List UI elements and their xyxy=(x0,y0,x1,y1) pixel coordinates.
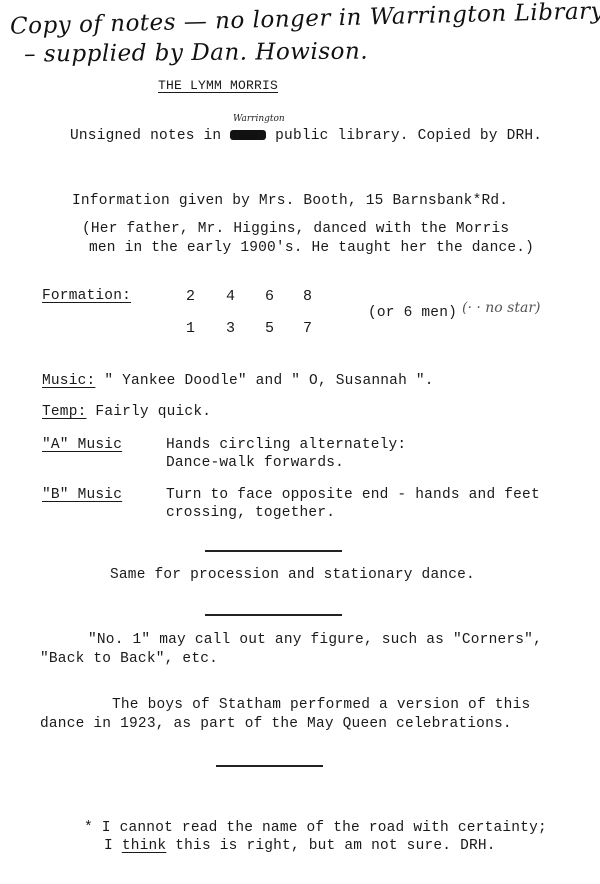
formation-position: 5 xyxy=(265,320,274,337)
divider xyxy=(216,765,323,767)
formation-position: 4 xyxy=(226,288,235,305)
info-line: Information given by Mrs. Booth, 15 Barn… xyxy=(72,193,508,209)
formation-position: 3 xyxy=(226,320,235,337)
b-music-line-1: Turn to face opposite end - hands and fe… xyxy=(166,487,540,503)
music-value: " Yankee Doodle" and " O, Susannah ". xyxy=(104,373,433,389)
document-title: THE LYMM MORRIS xyxy=(158,78,278,93)
handwritten-insertion: Warrington xyxy=(233,114,285,124)
formation-position: 8 xyxy=(303,288,312,305)
handwritten-header-line-2: – supplied by Dan. Howison. xyxy=(24,38,368,67)
a-music-line-1: Hands circling alternately: xyxy=(166,437,406,453)
music-label: Music: xyxy=(42,373,95,389)
music-row: Music: " Yankee Doodle" and " O, Susanna… xyxy=(42,373,434,389)
b-music-label: "B" Music xyxy=(42,487,122,503)
intro-prefix: Unsigned notes in xyxy=(70,128,221,144)
footnote-suffix: this is right, but am not sure. DRH. xyxy=(175,838,495,854)
intro-suffix: public library. Copied by DRH. xyxy=(275,128,542,144)
statham-note-line-2: dance in 1923, as part of the May Queen … xyxy=(40,716,512,732)
same-note: Same for procession and stationary dance… xyxy=(110,567,475,583)
formation-note: (or 6 men) xyxy=(368,305,457,321)
formation-label: Formation: xyxy=(42,288,131,304)
info-paren-line-2: men in the early 1900's. He taught her t… xyxy=(89,240,534,256)
handwritten-header-line-1: Copy of notes — no longer in Warrington … xyxy=(10,0,600,40)
footnote-line-1: * I cannot read the name of the road wit… xyxy=(84,820,547,836)
call-note-line-2: "Back to Back", etc. xyxy=(40,651,218,667)
call-note-line-1: "No. 1" may call out any figure, such as… xyxy=(88,632,542,648)
formation-position: 2 xyxy=(186,288,195,305)
footnote-line-2: I think this is right, but am not sure. … xyxy=(104,838,496,854)
statham-note-line-1: The boys of Statham performed a version … xyxy=(112,697,530,713)
formation-position: 6 xyxy=(265,288,274,305)
redacted-word xyxy=(230,130,266,140)
intro-line: Unsigned notes in public library. Copied… xyxy=(70,128,542,144)
formation-position: 1 xyxy=(186,320,195,337)
footnote-emphasis: think xyxy=(122,838,167,854)
formation-handwritten-note: (· · no star) xyxy=(462,300,540,316)
a-music-label: "A" Music xyxy=(42,437,122,453)
temp-row: Temp: Fairly quick. xyxy=(42,404,211,420)
temp-label: Temp: xyxy=(42,404,87,420)
formation-position: 7 xyxy=(303,320,312,337)
divider xyxy=(205,614,342,616)
a-music-line-2: Dance-walk forwards. xyxy=(166,455,344,471)
info-paren-line-1: (Her father, Mr. Higgins, danced with th… xyxy=(82,221,509,237)
footnote-prefix: I xyxy=(104,838,113,854)
temp-value: Fairly quick. xyxy=(95,404,211,420)
b-music-line-2: crossing, together. xyxy=(166,505,335,521)
divider xyxy=(205,550,342,552)
